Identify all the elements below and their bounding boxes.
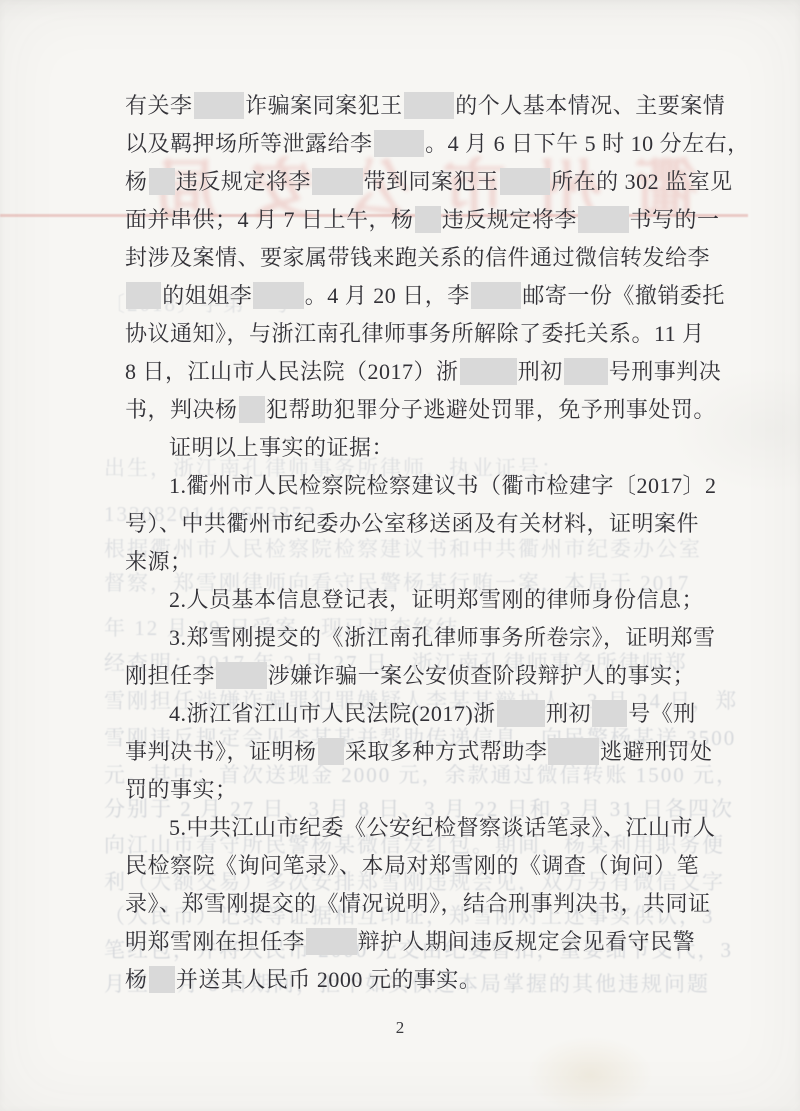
text-run: 来源； xyxy=(125,549,193,574)
text-line: 杨违反规定将李带到同案犯王所在的 302 监室见 xyxy=(125,163,725,201)
text-line: 面并串供；4 月 7 日上午，杨违反规定将李书写的一 xyxy=(125,201,725,239)
text-run: 书写的一 xyxy=(630,207,720,232)
redaction-box xyxy=(306,928,357,955)
text-run: 3.郑雪刚提交的《浙江南孔律师事务所卷宗》，证明郑雪 xyxy=(169,625,716,650)
text-run: 有关李 xyxy=(125,93,193,118)
text-line: 刚担任李涉嫌诈骗一案公安侦查阶段辩护人的事实； xyxy=(125,657,725,695)
text-run: 所在的 302 监室见 xyxy=(551,169,733,194)
redaction-box xyxy=(374,130,425,157)
text-line: 罚的事实； xyxy=(125,771,725,809)
text-run: 8 日，江山市人民法院（2017）浙 xyxy=(125,359,459,384)
text-run: 5.中共江山市纪委《公安纪检督察谈话笔录》、江山市人 xyxy=(169,815,716,840)
redaction-box xyxy=(415,206,441,233)
text-line: 的姐姐李。4 月 20 日，李邮寄一份《撤销委托 xyxy=(125,277,725,315)
text-run: 面并串供；4 月 7 日上午，杨 xyxy=(125,207,414,232)
text-run: 邮寄一份《撤销委托 xyxy=(522,283,725,308)
redaction-box xyxy=(564,358,608,385)
text-run: 明郑雪刚在担任李 xyxy=(125,929,305,954)
text-run: 证明以上事实的证据： xyxy=(169,435,394,460)
redaction-box xyxy=(216,662,267,689)
text-run: 。4 月 20 日，李 xyxy=(305,283,470,308)
text-line: 8 日，江山市人民法院（2017）浙刑初号刑事判决 xyxy=(125,353,725,391)
text-line: 来源； xyxy=(125,543,725,581)
text-run: 涉嫌诈骗一案公安侦查阶段辩护人的事实； xyxy=(268,663,696,688)
redaction-box xyxy=(253,282,304,309)
text-run: 。4 月 6 日下午 5 时 10 分左右， xyxy=(425,131,750,156)
document-body: 有关李诈骗案同案犯王的个人基本情况、主要案情以及羁押场所等泄露给李。4 月 6 … xyxy=(125,87,725,999)
text-run: 以及羁押场所等泄露给李 xyxy=(125,131,373,156)
redaction-box xyxy=(149,168,175,195)
redaction-box xyxy=(239,396,265,423)
redaction-box xyxy=(471,282,522,309)
text-run: 民检察院《询问笔录》、本局对郑雪刚的《调查（询问）笔 xyxy=(125,853,699,878)
text-line: 有关李诈骗案同案犯王的个人基本情况、主要案情 xyxy=(125,87,725,125)
text-line: 5.中共江山市纪委《公安纪检督察谈话笔录》、江山市人 xyxy=(125,809,725,847)
text-run: 1.衢州市人民检察院检察建议书（衢市检建字〔2017〕2 xyxy=(169,473,717,498)
text-run: 罚的事实； xyxy=(125,777,238,802)
text-run: 2.人员基本信息登记表，证明郑雪刚的律师身份信息； xyxy=(169,587,704,612)
text-run: 逃避刑罚处 xyxy=(600,739,713,764)
redaction-box xyxy=(318,738,344,765)
text-line: 号）、中共衢州市纪委办公室移送函及有关材料，证明案件 xyxy=(125,505,725,543)
text-line: 以及羁押场所等泄露给李。4 月 6 日下午 5 时 10 分左右， xyxy=(125,125,725,163)
redaction-box xyxy=(404,92,455,119)
text-line: 3.郑雪刚提交的《浙江南孔律师事务所卷宗》，证明郑雪 xyxy=(125,619,725,657)
redaction-box xyxy=(312,168,363,195)
text-line: 事判决书》，证明杨采取多种方式帮助李逃避刑罚处 xyxy=(125,733,725,771)
page-number: 2 xyxy=(0,1018,800,1038)
text-run: 犯帮助犯罪分子逃避处罚罪，免予刑事处罚。 xyxy=(266,397,716,422)
redaction-box xyxy=(497,700,545,727)
redaction-box xyxy=(126,282,161,309)
text-line: 4.浙江省江山市人民法院(2017)浙刑初号《刑 xyxy=(125,695,725,733)
text-run: 刑初 xyxy=(518,359,563,384)
text-run: 刑初 xyxy=(546,701,591,726)
text-run: 违反规定将李 xyxy=(442,207,577,232)
text-line: 1.衢州市人民检察院检察建议书（衢市检建字〔2017〕2 xyxy=(125,467,725,505)
text-run: 违反规定将李 xyxy=(176,169,311,194)
text-run: 辩护人期间违反规定会见看守民警 xyxy=(358,929,696,954)
text-run: 号刑事判决 xyxy=(609,359,722,384)
redaction-box xyxy=(592,700,627,727)
text-run: 4.浙江省江山市人民法院(2017)浙 xyxy=(169,701,496,726)
text-line: 明郑雪刚在担任李辩护人期间违反规定会见看守民警 xyxy=(125,923,725,961)
text-run: 杨 xyxy=(125,169,148,194)
text-run: 书，判决杨 xyxy=(125,397,238,422)
text-run: 事判决书》，证明杨 xyxy=(125,739,317,764)
text-line: 民检察院《询问笔录》、本局对郑雪刚的《调查（询问）笔 xyxy=(125,847,725,885)
text-line: 2.人员基本信息登记表，证明郑雪刚的律师身份信息； xyxy=(125,581,725,619)
text-run: 封涉及案情、要家属带钱来跑关系的信件通过微信转发给李 xyxy=(125,245,710,270)
text-line: 杨并送其人民币 2000 元的事实。 xyxy=(125,961,725,999)
redaction-box xyxy=(460,358,517,385)
text-run: 录》、郑雪刚提交的《情况说明》，结合刑事判决书，共同证 xyxy=(125,891,711,916)
text-run: 号《刑 xyxy=(628,701,696,726)
text-line: 书，判决杨犯帮助犯罪分子逃避处罚罪，免予刑事处罚。 xyxy=(125,391,725,429)
text-run: 诈骗案同案犯王 xyxy=(245,93,403,118)
text-run: 号）、中共衢州市纪委办公室移送函及有关材料，证明案件 xyxy=(125,511,699,536)
text-run: 并送其人民币 2000 元的事实。 xyxy=(176,967,482,992)
text-line: 录》、郑雪刚提交的《情况说明》，结合刑事判决书，共同证 xyxy=(125,885,725,923)
text-run: 的姐姐李 xyxy=(162,283,252,308)
text-run: 杨 xyxy=(125,967,148,992)
redaction-box xyxy=(548,738,599,765)
text-run: 的个人基本情况、主要案情 xyxy=(455,93,725,118)
text-run: 带到同案犯王 xyxy=(364,169,499,194)
text-line: 证明以上事实的证据： xyxy=(125,429,725,467)
text-run: 协议通知》，与浙江南孔律师事务所解除了委托关系。11 月 xyxy=(125,321,705,346)
redaction-box xyxy=(149,966,175,993)
redaction-box xyxy=(500,168,551,195)
text-run: 采取多种方式帮助李 xyxy=(345,739,548,764)
text-line: 协议通知》，与浙江南孔律师事务所解除了委托关系。11 月 xyxy=(125,315,725,353)
redaction-box xyxy=(578,206,629,233)
text-line: 封涉及案情、要家属带钱来跑关系的信件通过微信转发给李 xyxy=(125,239,725,277)
text-run: 刚担任李 xyxy=(125,663,215,688)
redaction-box xyxy=(194,92,245,119)
scanned-page: 衢州市公安局 〔2018〕字第 号出生，浙江南孔律师事务所律师，执业证号：133… xyxy=(0,0,800,1111)
